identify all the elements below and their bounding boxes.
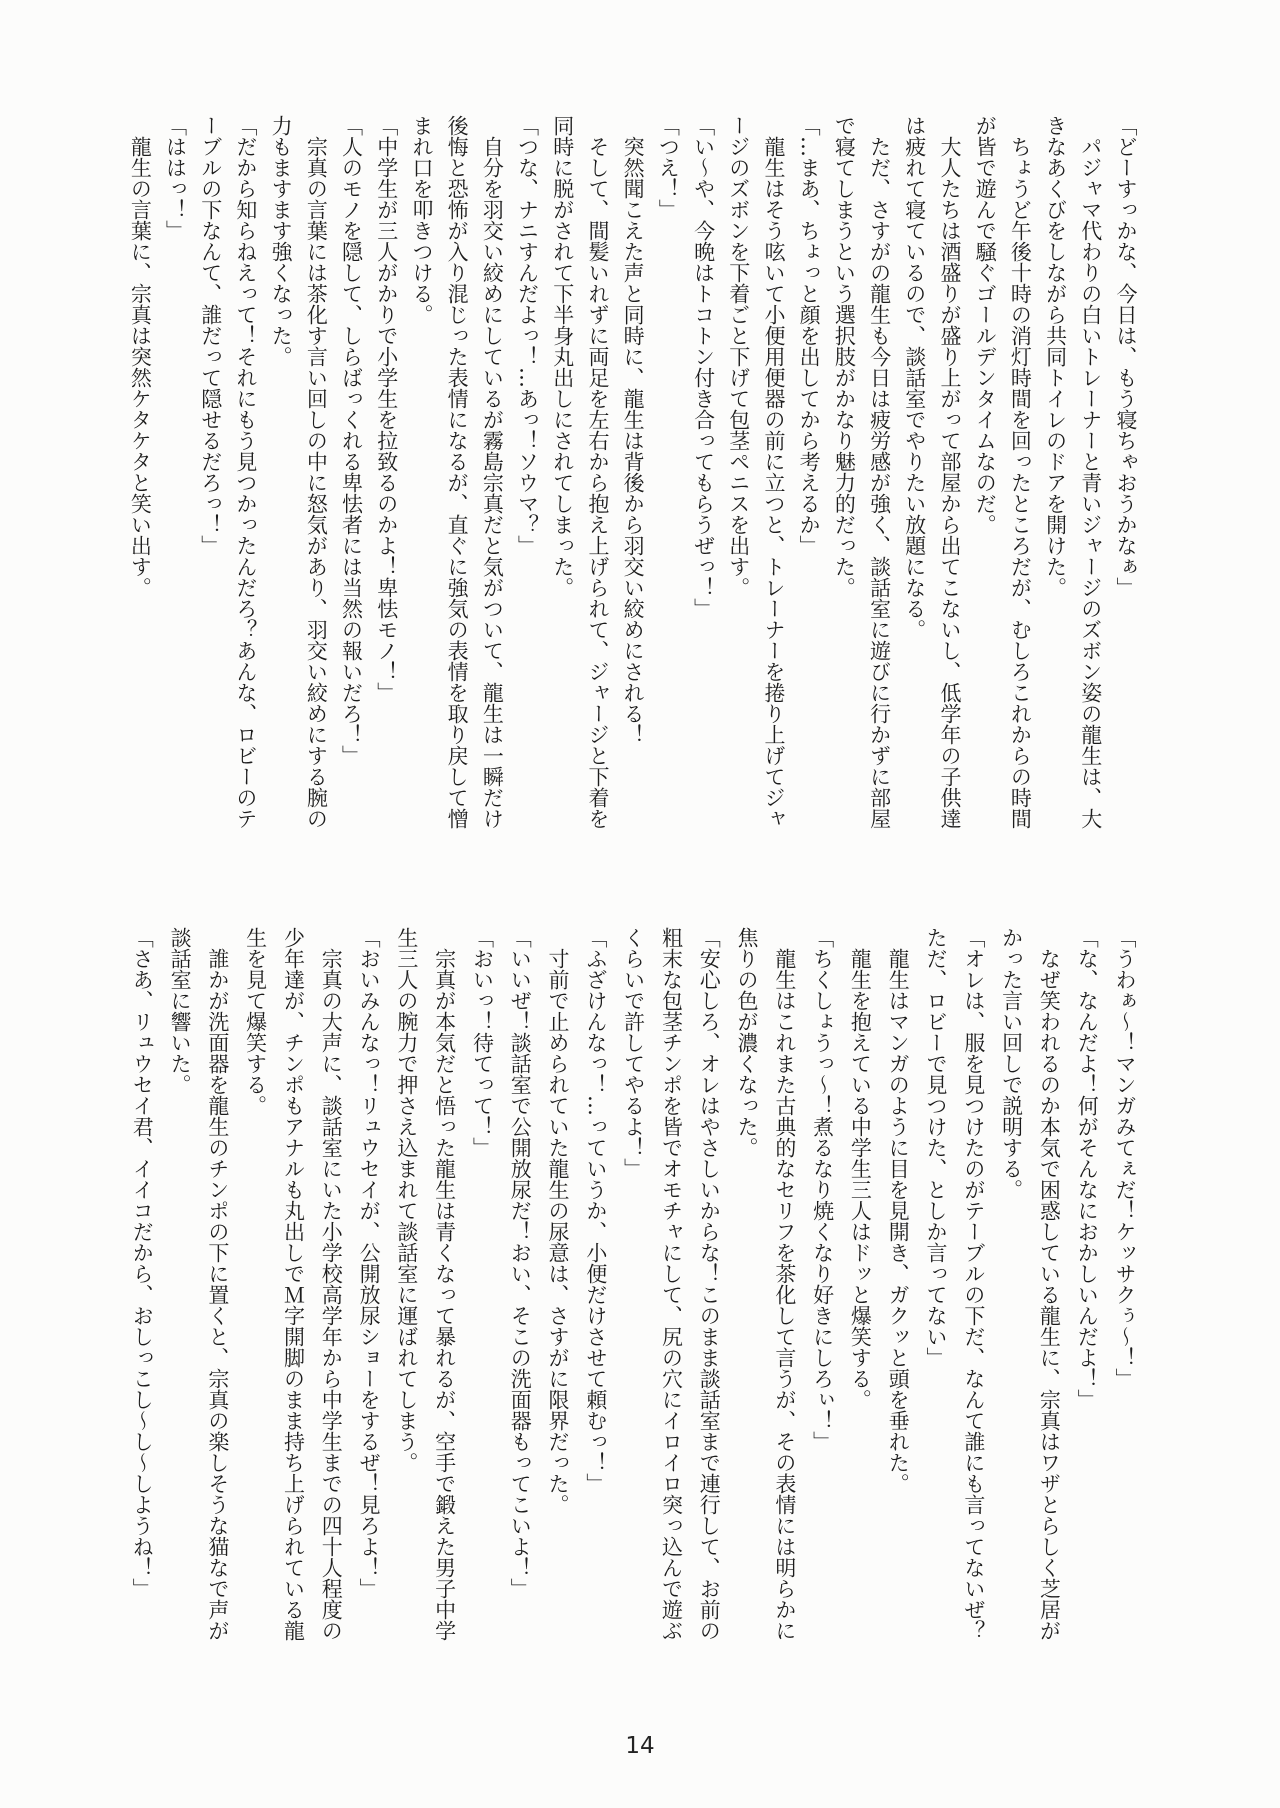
text-line: 龍生の言葉に、宗真は突然ケタケタと笑い出す。: [122, 115, 157, 833]
vertical-text-block-bottom: 「うわぁ〜！マンガみてぇだ！ケッサクぅ〜！」「な、なんだよ！何がそんなにおかしい…: [122, 927, 1143, 1645]
text-line: が皆で遊んで騒ぐゴールデンタイムなのだ。: [967, 115, 1002, 833]
text-line: 宗真が本気だと悟った龍生は青くなって暴れるが、空手で鍛えた男子中学: [425, 927, 463, 1645]
text-line: ただ、ロビーで見つけた、としか言ってない」: [916, 927, 954, 1645]
text-line: 大人たちは酒盛りが盛り上がって部屋から出てこないし、低学年の子供達: [932, 115, 967, 833]
text-line: ただ、さすがの龍生も今日は疲労感が強く、談話室に遊びに行かずに部屋: [861, 115, 896, 833]
text-line: 龍生はそう呟いて小便用便器の前に立つと、トレーナーを捲り上げてジャ: [756, 115, 791, 833]
text-line: で寝てしまうという選択肢がかなり魅力的だった。: [826, 115, 861, 833]
text-line: 「どーすっかな、今日は、もう寝ちゃおうかなぁ」: [1108, 115, 1143, 833]
text-line: 宗真の言葉には茶化す言い回しの中に怒気があり、羽交い絞めにする腕の: [298, 115, 333, 833]
text-line: ちょうど午後十時の消灯時間を回ったところだが、むしろこれからの時間: [1002, 115, 1037, 833]
text-line: 談話室に響いた。: [160, 927, 198, 1645]
text-line: 突然聞こえた声と同時に、龍生は背後から羽交い絞めにされる！: [615, 115, 650, 833]
text-line: 生三人の腕力で押さえ込まれて談話室に運ばれてしまう。: [387, 927, 425, 1645]
text-line: 「オレは、服を見つけたのがテーブルの下だ、なんて誰にも言ってないぜ？: [954, 927, 992, 1645]
text-line: 「中学生が三人がかりで小学生を拉致るのかよ！卑怯モノ！」: [369, 115, 404, 833]
text-line: ージのズボンを下着ごと下げて包茎ペニスを出す。: [721, 115, 756, 833]
text-line: まれ口を叩きつける。: [404, 115, 439, 833]
text-line: は疲れて寝ているので、談話室でやりたい放題になる。: [897, 115, 932, 833]
vertical-text-block-top: 「どーすっかな、今日は、もう寝ちゃおうかなぁ」 パジャマ代わりの白いトレーナーと…: [122, 115, 1143, 833]
text-line: 誰かが洗面器を龍生のチンポの下に置くと、宗真の楽しそうな猫なで声が: [198, 927, 236, 1645]
text-line: 「ははっ！」: [157, 115, 192, 833]
text-line: 後悔と恐怖が入り混じった表情になるが、直ぐに強気の表情を取り戻して憎: [439, 115, 474, 833]
text-line: 龍生はこれまた古典的なセリフを茶化して言うが、その表情には明らかに: [765, 927, 803, 1645]
page-number: 14: [0, 1733, 1280, 1759]
text-line: 「つえ！」: [650, 115, 685, 833]
text-line: 龍生はマンガのように目を見開き、ガクッと頭を垂れた。: [878, 927, 916, 1645]
text-line: 焦りの色が濃くなった。: [727, 927, 765, 1645]
text-line: 「さあ、リュウセイ君、イイコだから、おしっこし〜し〜しようね！」: [122, 927, 160, 1645]
text-line: 「おいっ！待てって！」: [463, 927, 501, 1645]
text-line: 「だから知らねえって！それにもう見つかったんだろ？あんな、ロビーのテ: [228, 115, 263, 833]
text-line: 同時に脱がされて下半身丸出しにされてしまった。: [545, 115, 580, 833]
text-line: 「ふざけんなっ！…っていうか、小便だけさせて頼むっ！」: [576, 927, 614, 1645]
text-line: 「…まあ、ちょっと顔を出してから考えるか」: [791, 115, 826, 833]
text-line: 自分を羽交い絞めにしているが霧島宗真だと気がついて、龍生は一瞬だけ: [474, 115, 509, 833]
text-line: 宗真の大声に、談話室にいた小学校高学年から中学生までの四十人程度の: [311, 927, 349, 1645]
text-line: くらいで許してやるよ！」: [614, 927, 652, 1645]
text-line: 「安心しろ、オレはやさしいからな！このまま談話室まで連行して、お前の: [689, 927, 727, 1645]
text-line: 「いいぜ！談話室で公開放尿だ！おい、そこの洗面器もってこいよ！」: [500, 927, 538, 1645]
text-line: パジャマ代わりの白いトレーナーと青いジャージのズボン姿の龍生は、大: [1073, 115, 1108, 833]
text-line: ーブルの下なんて、誰だって隠せるだろっ！」: [193, 115, 228, 833]
text-line: 寸前で止められていた龍生の尿意は、さすがに限界だった。: [538, 927, 576, 1645]
text-line: かった言い回しで説明する。: [992, 927, 1030, 1645]
text-line: 「な、なんだよ！何がそんなにおかしいんだよ！」: [1067, 927, 1105, 1645]
text-line: 「つな、ナニすんだよっ！…あっ！ソウマ？」: [509, 115, 544, 833]
text-line: 力もますます強くなった。: [263, 115, 298, 833]
text-line: 粗末な包茎チンポを皆でオモチャにして、尻の穴にイロイロ突っ込んで遊ぶ: [652, 927, 690, 1645]
text-line: 生を見て爆笑する。: [236, 927, 274, 1645]
text-line: 「うわぁ〜！マンガみてぇだ！ケッサクぅ〜！」: [1105, 927, 1143, 1645]
text-line: 「い〜や、今晩はトコトン付き合ってもらうぜっ！」: [685, 115, 720, 833]
text-line: 「人のモノを隠して、しらばっくれる卑怯者には当然の報いだろ！」: [333, 115, 368, 833]
text-line: そして、間髪いれずに両足を左右から抱え上げられて、ジャージと下着を: [580, 115, 615, 833]
scanned-novel-page: { "page": { "number": "14", "background_…: [0, 0, 1280, 1808]
text-line: 「ちくしょうっ〜！煮るなり焼くなり好きにしろぃ！」: [803, 927, 841, 1645]
text-line: なぜ笑われるのか本気で困惑している龍生に、宗真はワザとらしく芝居が: [1030, 927, 1068, 1645]
text-line: 龍生を抱えている中学生三人はドッと爆笑する。: [841, 927, 879, 1645]
text-line: きなあくびをしながら共同トイレのドアを開けた。: [1037, 115, 1072, 833]
text-line: 少年達が、チンポもアナルも丸出しでＭ字開脚のまま持ち上げられている龍: [274, 927, 312, 1645]
text-line: 「おいみんなっ！リュウセイが、公開放尿ショーをするぜ！見ろよ！」: [349, 927, 387, 1645]
